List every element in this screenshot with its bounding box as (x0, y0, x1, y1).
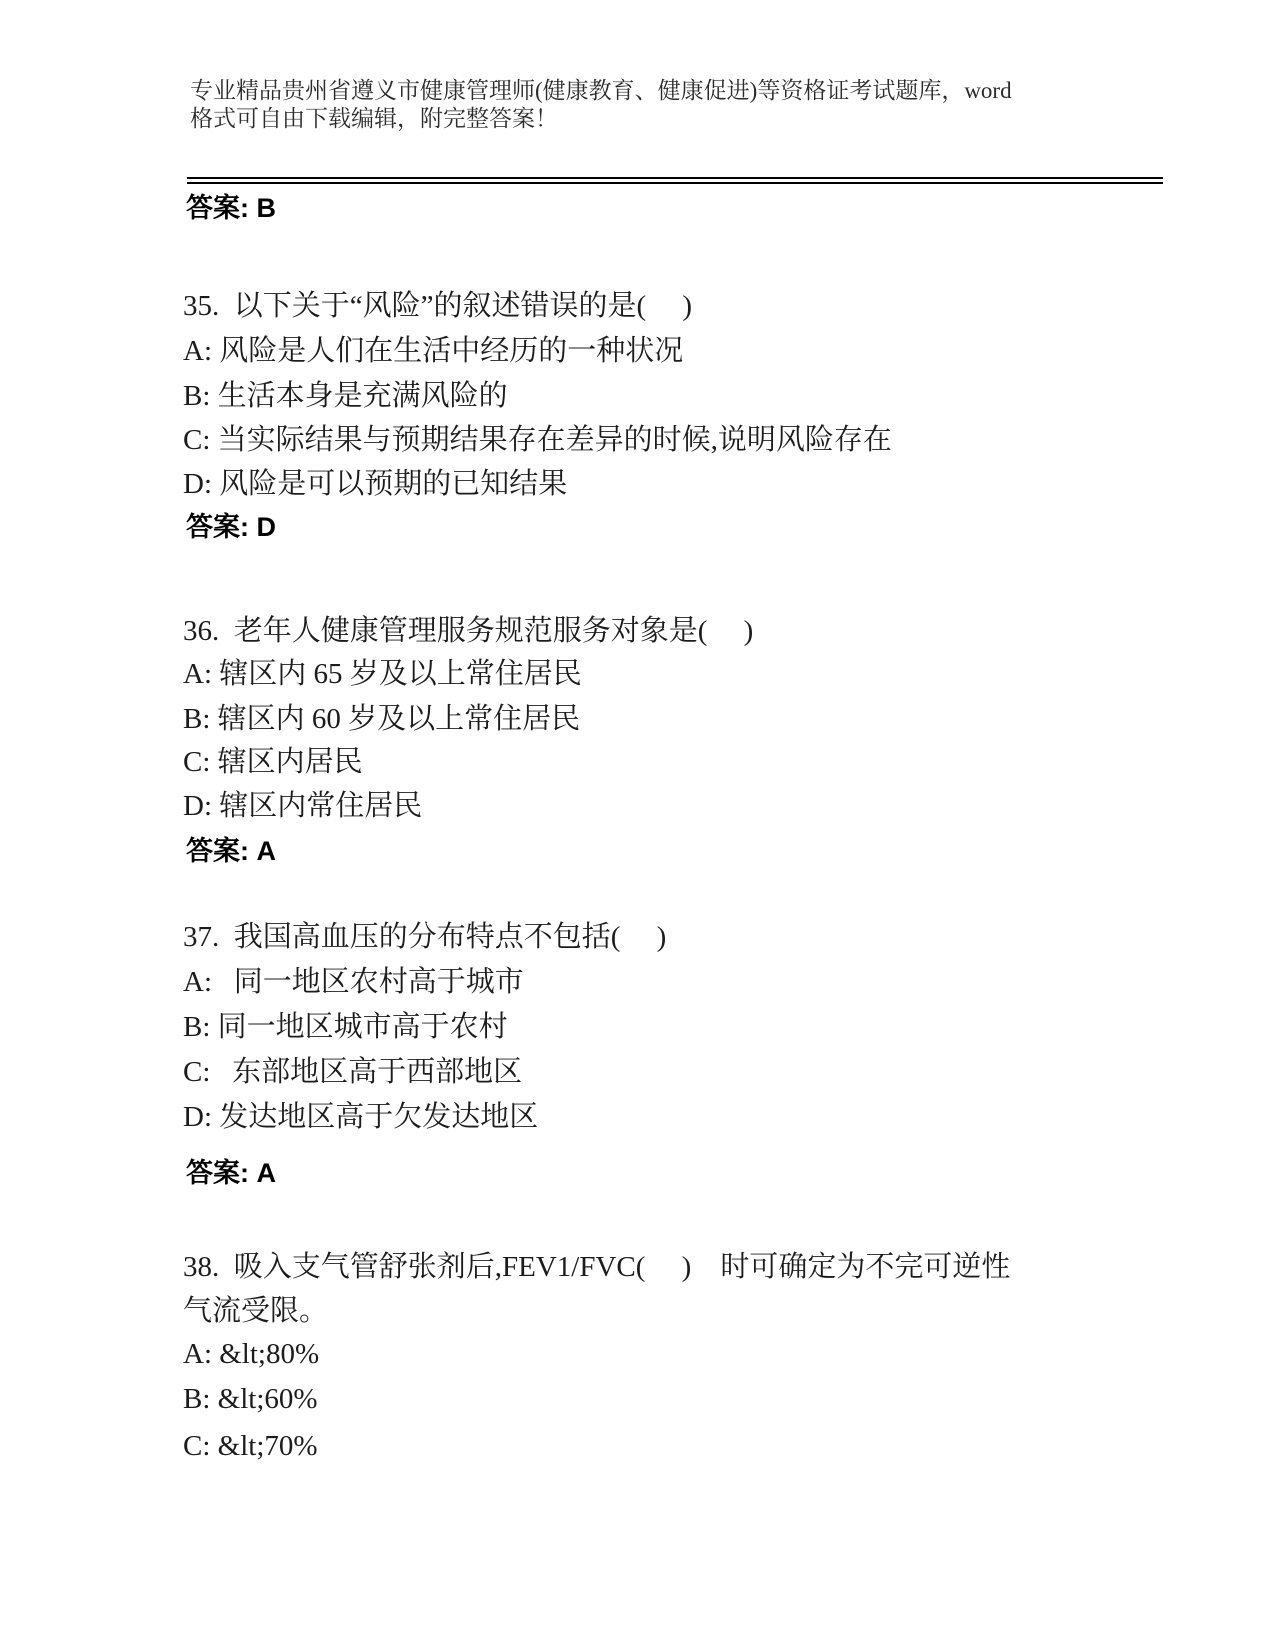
question-36-option-a: A: 辖区内 65 岁及以上常住居民 (183, 658, 582, 690)
question-36-option-d: D: 辖区内常住居民 (183, 790, 422, 822)
question-38-option-c: C: &lt;70% (183, 1430, 318, 1462)
question-37-option-c: C: 东部地区高于西部地区 (183, 1056, 522, 1088)
question-38-stem-line1: 38. 吸入支气管舒张剂后,FEV1/FVC( ) 时可确定为不完可逆性 (183, 1251, 1010, 1283)
question-35-option-b: B: 生活本身是充满风险的 (183, 380, 508, 412)
question-38-stem-line2: 气流受限。 (183, 1295, 328, 1327)
header-disclaimer-line2: 格式可自由下载编辑，附完整答案！ (190, 106, 558, 132)
answer-line-previous-question: 答案: B (186, 193, 276, 223)
question-37-option-b: B: 同一地区城市高于农村 (183, 1011, 508, 1043)
question-36-stem: 36. 老年人健康管理服务规范服务对象是( ) (183, 615, 753, 647)
question-35-option-c: C: 当实际结果与预期结果存在差异的时候,说明风险存在 (183, 424, 892, 456)
question-38-option-b: B: &lt;60% (183, 1383, 318, 1415)
header-disclaimer-line1: 专业精品贵州省遵义市健康管理师(健康教育、健康促进)等资格证考试题库，word (190, 78, 1012, 104)
question-38-option-a: A: &lt;80% (183, 1338, 319, 1370)
header-divider (187, 177, 1163, 184)
question-37-answer: 答案: A (186, 1158, 276, 1188)
question-35-stem: 35. 以下关于“风险”的叙述错误的是( ) (183, 290, 692, 322)
question-36-option-b: B: 辖区内 60 岁及以上常住居民 (183, 703, 580, 735)
question-36-answer: 答案: A (186, 836, 276, 866)
question-35-answer: 答案: D (186, 512, 276, 542)
question-35-option-d: D: 风险是可以预期的已知结果 (183, 468, 567, 500)
question-37-stem: 37. 我国高血压的分布特点不包括( ) (183, 921, 666, 953)
question-35-option-a: A: 风险是人们在生活中经历的一种状况 (183, 335, 683, 367)
question-37-option-d: D: 发达地区高于欠发达地区 (183, 1101, 538, 1133)
question-36-option-c: C: 辖区内居民 (183, 746, 363, 778)
question-37-option-a: A: 同一地区农村高于城市 (183, 966, 524, 998)
document-page: 专业精品贵州省遵义市健康管理师(健康教育、健康促进)等资格证考试题库，word … (0, 0, 1275, 1650)
